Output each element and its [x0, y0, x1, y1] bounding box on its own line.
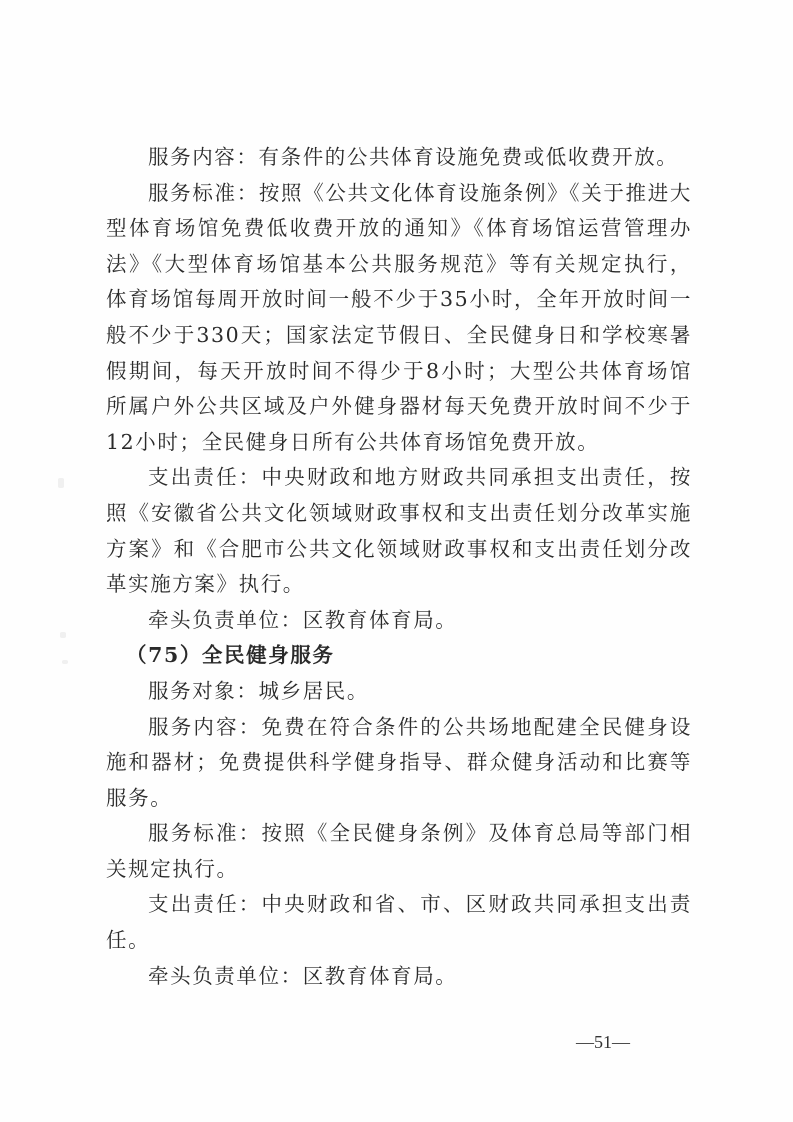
scan-artifact — [62, 660, 68, 664]
service-target-paragraph: 服务对象：城乡居民。 — [106, 674, 692, 710]
lead-unit-paragraph: 牵头负责单位：区教育体育局。 — [106, 959, 692, 995]
service-content-paragraph: 服务内容：有条件的公共体育设施免费或低收费开放。 — [106, 140, 692, 176]
service-standard-paragraph: 服务标准：按照《公共文化体育设施条例》《关于推进大型体育场馆免费低收费开放的通知… — [106, 176, 692, 461]
document-body: 服务内容：有条件的公共体育设施免费或低收费开放。 服务标准：按照《公共文化体育设… — [106, 140, 692, 994]
scan-artifact — [60, 632, 66, 638]
document-page: 服务内容：有条件的公共体育设施免费或低收费开放。 服务标准：按照《公共文化体育设… — [0, 0, 793, 1122]
scan-artifact — [58, 478, 64, 488]
lead-unit-paragraph: 牵头负责单位：区教育体育局。 — [106, 603, 692, 639]
section-heading: （75）全民健身服务 — [106, 638, 692, 674]
page-number: —51— — [576, 1032, 630, 1053]
service-standard-paragraph: 服务标准：按照《全民健身条例》及体育总局等部门相关规定执行。 — [106, 816, 692, 887]
expenditure-responsibility-paragraph: 支出责任：中央财政和地方财政共同承担支出责任，按照《安徽省公共文化领域财政事权和… — [106, 460, 692, 602]
expenditure-responsibility-paragraph: 支出责任：中央财政和省、市、区财政共同承担支出责任。 — [106, 887, 692, 958]
service-content-paragraph: 服务内容：免费在符合条件的公共场地配建全民健身设施和器材；免费提供科学健身指导、… — [106, 710, 692, 817]
